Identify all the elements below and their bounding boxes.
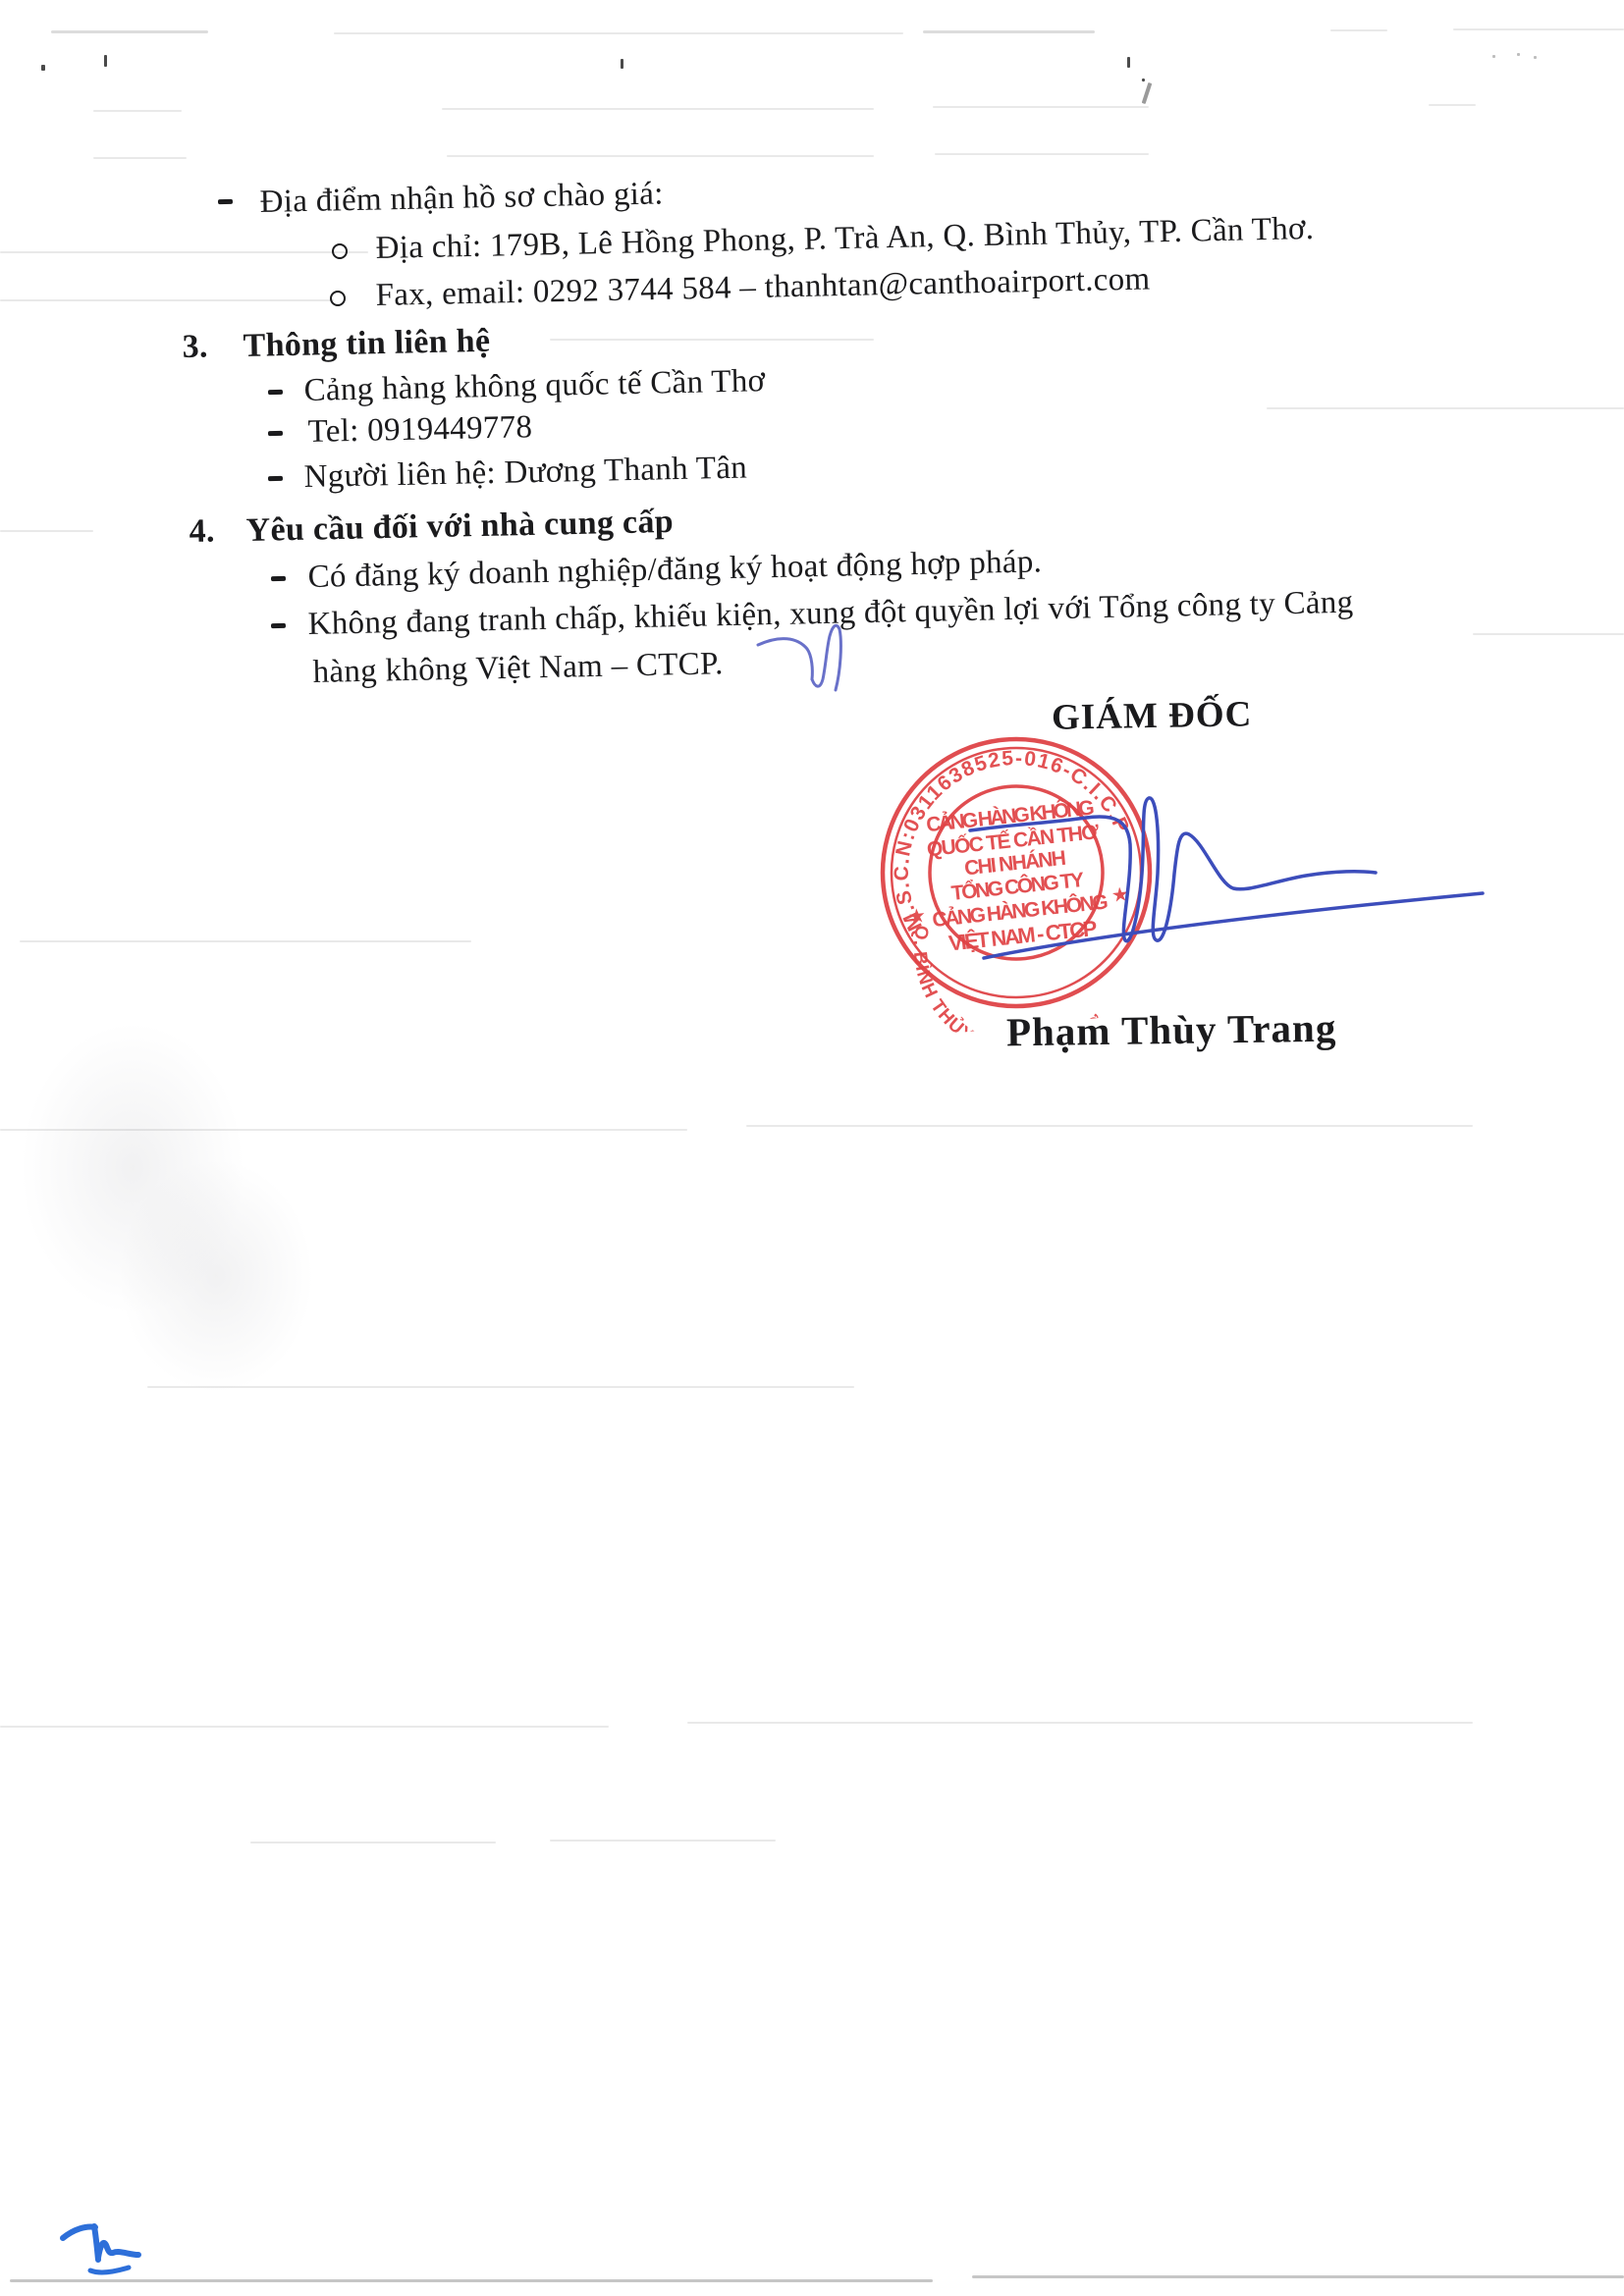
signer-name: Phạm Thùy Trang <box>1006 1004 1337 1056</box>
section-4-number: 4. <box>189 514 215 549</box>
line-address: Địa chỉ: 179B, Lê Hồng Phong, P. Trà An,… <box>375 213 1314 265</box>
line-fax-email: Fax, email: 0292 3744 584 – thanhtan@can… <box>375 263 1150 312</box>
scanned-document-page: Địa điểm nhận hồ sơ chào giá: Địa chỉ: 1… <box>0 0 1624 2296</box>
section-3-title: Thông tin liên hệ <box>243 325 490 363</box>
dash-bullet <box>268 476 283 481</box>
line-location-label: Địa điểm nhận hồ sơ chào giá: <box>259 178 664 219</box>
section-3-number: 3. <box>182 330 208 364</box>
dash-bullet <box>271 623 286 628</box>
dash-bullet <box>218 199 233 204</box>
line-contact-person: Người liên hệ: Dương Thanh Tân <box>303 453 747 494</box>
dash-bullet <box>268 390 283 395</box>
company-round-stamp: M.S.C.N:0311638525-016-C.I.C.P Q. BÌNH T… <box>848 705 1185 1041</box>
pen-checkmark <box>758 625 840 690</box>
line-requirement-2a: Không đang tranh chấp, khiếu kiện, xung … <box>307 587 1353 641</box>
dash-bullet <box>271 576 286 581</box>
circle-bullet <box>330 291 346 306</box>
stamp-star-right: ★ <box>1110 883 1130 907</box>
line-requirement-1: Có đăng ký doanh nghiệp/đăng ký hoạt độn… <box>307 546 1042 594</box>
circle-bullet <box>332 243 348 259</box>
page-initial-signature <box>63 2226 138 2272</box>
line-contact-tel: Tel: 0919449778 <box>307 411 532 449</box>
line-requirement-2b: hàng không Việt Nam – CTCP. <box>312 648 724 689</box>
stamp-star-left: ★ <box>907 905 927 929</box>
line-contact-org: Cảng hàng không quốc tế Cần Thơ <box>303 365 765 407</box>
dash-bullet <box>268 431 283 436</box>
section-4-title: Yêu cầu đối với nhà cung cấp <box>245 506 674 548</box>
